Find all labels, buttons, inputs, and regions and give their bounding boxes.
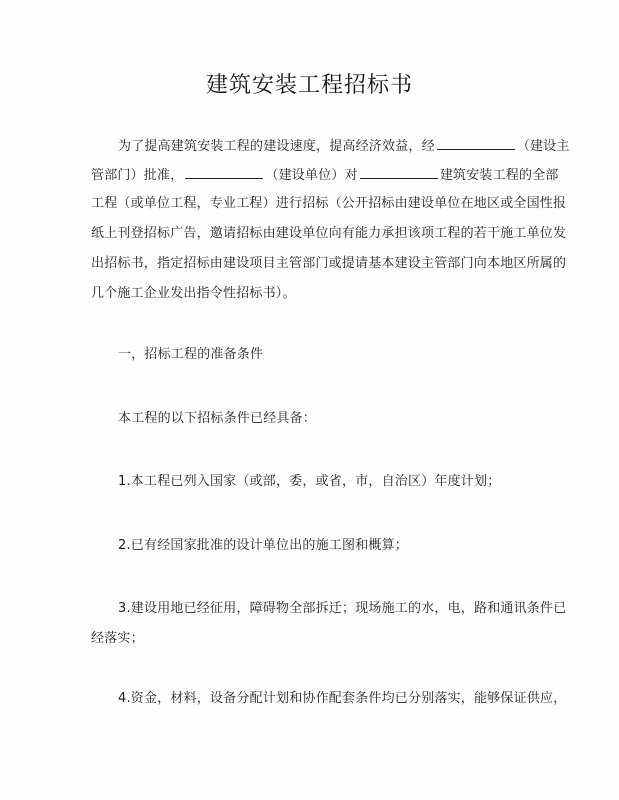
- fill-in-blank-project[interactable]: [360, 166, 438, 179]
- document-title: 建筑安装工程招标书: [0, 68, 619, 99]
- intro-line-5: 出招标书，指定招标由建设项目主管部门或提请基本建设主管部门向本地区所属的: [91, 256, 531, 272]
- condition-item-4: 4.资金，材料，设备分配计划和协作配套条件均已分别落实，能够保证供应，: [118, 691, 558, 707]
- document-page: 建筑安装工程招标书 为了提高建筑安装工程的建设速度，提高经济效益，经（建设主 管…: [0, 0, 619, 800]
- intro-line-2: 管部门）批准，（建设单位）对建筑安装工程的全部: [91, 166, 531, 184]
- intro-text: （建设单位）对: [265, 168, 357, 183]
- intro-text: 为了提高建筑安装工程的建设速度，提高经济效益，经: [118, 139, 435, 154]
- section-intro: 本工程的以下招标条件已经具备：: [118, 411, 558, 427]
- fill-in-blank-owner[interactable]: [185, 166, 263, 179]
- condition-item-2: 2.已有经国家批准的设计单位出的施工图和概算；: [118, 538, 558, 554]
- condition-item-3-line-1: 3.建设用地已经征用，障碍物全部拆迁；现场施工的水，电，路和通讯条件已: [118, 601, 558, 617]
- fill-in-blank-authority[interactable]: [437, 137, 515, 150]
- condition-item-3-line-2: 经落实；: [91, 631, 531, 647]
- intro-line-4: 纸上刊登招标广告，邀请招标由建设单位向有能力承担该项工程的若干施工单位发: [91, 226, 531, 242]
- condition-item-1: 1.本工程已列入国家（或部，委，或省，市，自治区）年度计划；: [118, 474, 558, 490]
- intro-line-1: 为了提高建筑安装工程的建设速度，提高经济效益，经（建设主: [118, 137, 558, 155]
- section-heading: 一，招标工程的准备条件: [118, 347, 558, 363]
- intro-text: （建设主: [517, 139, 570, 154]
- intro-line-6: 几个施工企业发出指令性招标书）。: [91, 286, 531, 302]
- intro-line-3: 工程（或单位工程，专业工程）进行招标（公开招标由建设单位在地区或全国性报: [91, 196, 531, 212]
- intro-text: 管部门）批准，: [91, 168, 183, 183]
- intro-text: 建筑安装工程的全部: [440, 168, 559, 183]
